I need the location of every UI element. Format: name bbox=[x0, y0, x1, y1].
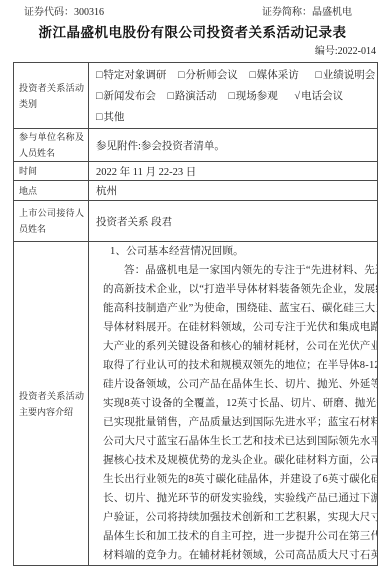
option-label: 路演活动 bbox=[175, 91, 217, 102]
document-page: 证券代码：300316 证券简称：晶盛机电 浙江晶盛机电股份有限公司投资者关系活… bbox=[0, 0, 385, 579]
option-label: 现场参观 bbox=[236, 91, 278, 102]
option-label: 媒体采访 bbox=[257, 70, 299, 81]
checkbox-icon: □ bbox=[96, 91, 102, 102]
reception-row: 上市公司接待人员姓名 投资者关系 段君 bbox=[14, 201, 378, 242]
checkbox-option: □路演活动 bbox=[167, 91, 216, 102]
checkbox-option: □新闻发布会 bbox=[96, 91, 156, 102]
location-value: 杭州 bbox=[89, 181, 378, 201]
document-header: 证券代码：300316 证券简称：晶盛机电 bbox=[0, 0, 385, 19]
content-line: 公司大尺寸蓝宝石晶体生长工艺和技术已达到国际领先水平，是掌 bbox=[103, 432, 371, 451]
checkbox-line-2: □新闻发布会 □路演活动 □现场参观 √电话会议 bbox=[96, 86, 373, 107]
option-label: 业绩说明会 bbox=[323, 70, 376, 81]
content-line: 生长出行业领先的8英寸碳化硅晶体，并建设了6英寸碳化硅晶体生 bbox=[103, 470, 371, 489]
activity-type-label: 投资者关系活动类别 bbox=[14, 63, 89, 129]
activity-type-options: □特定对象调研 □分析师会议 □媒体采访 □业绩说明会 □新闻发布会 □路演活动… bbox=[89, 63, 378, 129]
page-title: 浙江晶盛机电股份有限公司投资者关系活动记录表 bbox=[0, 24, 385, 42]
stock-name: 证券简称：晶盛机电 bbox=[262, 6, 352, 19]
content-line: 硅片设备领域，公司产品在晶体生长、切片、抛光、外延等环节已 bbox=[103, 375, 371, 394]
content-line: 已实现批量销售，产品质量达到国际先进水平；蓝宝石材料方面， bbox=[103, 413, 371, 432]
stock-code-label: 证券代码： bbox=[24, 7, 74, 18]
content-line: 握核心技术及规模优势的龙头企业。碳化硅材料方面，公司已成功 bbox=[103, 451, 371, 470]
participants-value: 参见附件:参会投资者清单。 bbox=[89, 129, 378, 162]
time-value: 2022 年 11 月 22-23 日 bbox=[89, 162, 378, 181]
stock-code-value: 300316 bbox=[74, 7, 104, 18]
reception-value: 投资者关系 段君 bbox=[89, 201, 378, 242]
content-line: 取得了行业认可的技术和规模双领先的地位；在半导体8-12英寸大 bbox=[103, 356, 371, 375]
content-row: 投资者关系活动主要内容介绍 1、公司基本经营情况回顾。 答：晶盛机电是一家国内领… bbox=[14, 242, 378, 566]
checkbox-option: □现场参观 bbox=[228, 91, 277, 102]
checkbox-icon: □ bbox=[167, 91, 173, 102]
doc-number: 编号:2022-014 bbox=[0, 45, 385, 58]
participants-label: 参与单位名称及人员姓名 bbox=[14, 129, 89, 162]
checkmark-icon: √ bbox=[294, 91, 300, 102]
time-row: 时间 2022 年 11 月 22-23 日 bbox=[14, 162, 378, 181]
stock-name-label: 证券简称： bbox=[262, 7, 312, 18]
checkbox-option: □特定对象调研 bbox=[96, 70, 166, 81]
time-label: 时间 bbox=[14, 162, 89, 181]
stock-name-value: 晶盛机电 bbox=[312, 7, 352, 18]
activity-type-row: 投资者关系活动类别 □特定对象调研 □分析师会议 □媒体采访 □业绩说明会 □新… bbox=[14, 63, 378, 129]
content-line: 1、公司基本经营情况回顾。 bbox=[103, 242, 371, 261]
content-line: 大产业的系列关键设备和核心的辅材耗材，公司在光伏产业链装备 bbox=[103, 337, 371, 356]
checkbox-icon: □ bbox=[315, 70, 321, 81]
checkbox-option: □分析师会议 bbox=[178, 70, 238, 81]
checkbox-option: □业绩说明会 bbox=[315, 70, 375, 81]
checkbox-line-3: □其他 bbox=[96, 107, 373, 128]
checkbox-block: □特定对象调研 □分析师会议 □媒体采访 □业绩说明会 □新闻发布会 □路演活动… bbox=[96, 63, 373, 128]
option-label: 新闻发布会 bbox=[103, 91, 156, 102]
content-line: 户验证，公司将持续加强技术创新和工艺积累，实现大尺寸碳化硅 bbox=[103, 508, 371, 527]
location-row: 地点 杭州 bbox=[14, 181, 378, 201]
content-line: 材料端的竞争力。在辅材耗材领域，公司高品质大尺寸石英坩埚在 bbox=[103, 546, 371, 565]
content-text: 1、公司基本经营情况回顾。 答：晶盛机电是一家国内领先的专注于“先进材料、先进装… bbox=[96, 242, 373, 565]
record-table: 投资者关系活动类别 □特定对象调研 □分析师会议 □媒体采访 □业绩说明会 □新… bbox=[13, 62, 378, 566]
content-value: 1、公司基本经营情况回顾。 答：晶盛机电是一家国内领先的专注于“先进材料、先进装… bbox=[89, 242, 378, 566]
stock-code: 证券代码：300316 bbox=[24, 6, 104, 19]
checkbox-option: □媒体采访 bbox=[249, 70, 298, 81]
checkbox-icon: □ bbox=[96, 112, 102, 123]
content-line: 导体材料展开。在硅材料领域，公司专注于光伏和集成电路领域两 bbox=[103, 318, 371, 337]
content-line: 长、切片、抛光环节的研发实验线，实验线产品已通过下游部分客 bbox=[103, 489, 371, 508]
checkbox-icon: □ bbox=[96, 70, 102, 81]
content-line: 晶体生长和加工技术的自主可控，进一步提升公司在第三代半导体 bbox=[103, 527, 371, 546]
option-label: 分析师会议 bbox=[185, 70, 238, 81]
content-label: 投资者关系活动主要内容介绍 bbox=[14, 242, 89, 566]
option-label: 其他 bbox=[103, 112, 124, 123]
checkbox-option-checked: √电话会议 bbox=[294, 91, 343, 102]
content-line: 实现8英寸设备的全覆盖，12英寸长晶、切片、研磨、抛光等设备也 bbox=[103, 394, 371, 413]
reception-label: 上市公司接待人员姓名 bbox=[14, 201, 89, 242]
checkbox-icon: □ bbox=[249, 70, 255, 81]
content-line: 能高科技制造产业”为使命，围绕硅、蓝宝石、碳化硅三大主要半 bbox=[103, 299, 371, 318]
content-line: 答：晶盛机电是一家国内领先的专注于“先进材料、先进装备” bbox=[103, 261, 371, 280]
checkbox-icon: □ bbox=[228, 91, 234, 102]
doc-number-label: 编号: bbox=[315, 46, 338, 57]
content-line: 的高新技术企业，以“打造半导体材料装备领先企业，发展绿色智 bbox=[103, 280, 371, 299]
checkbox-line-1: □特定对象调研 □分析师会议 □媒体采访 □业绩说明会 bbox=[96, 65, 373, 86]
location-label: 地点 bbox=[14, 181, 89, 201]
checkbox-icon: □ bbox=[178, 70, 184, 81]
checkbox-option: □其他 bbox=[96, 112, 124, 123]
doc-number-value: 2022-014 bbox=[338, 46, 376, 57]
option-label: 电话会议 bbox=[301, 91, 343, 102]
participants-row: 参与单位名称及人员姓名 参见附件:参会投资者清单。 bbox=[14, 129, 378, 162]
option-label: 特定对象调研 bbox=[103, 70, 166, 81]
